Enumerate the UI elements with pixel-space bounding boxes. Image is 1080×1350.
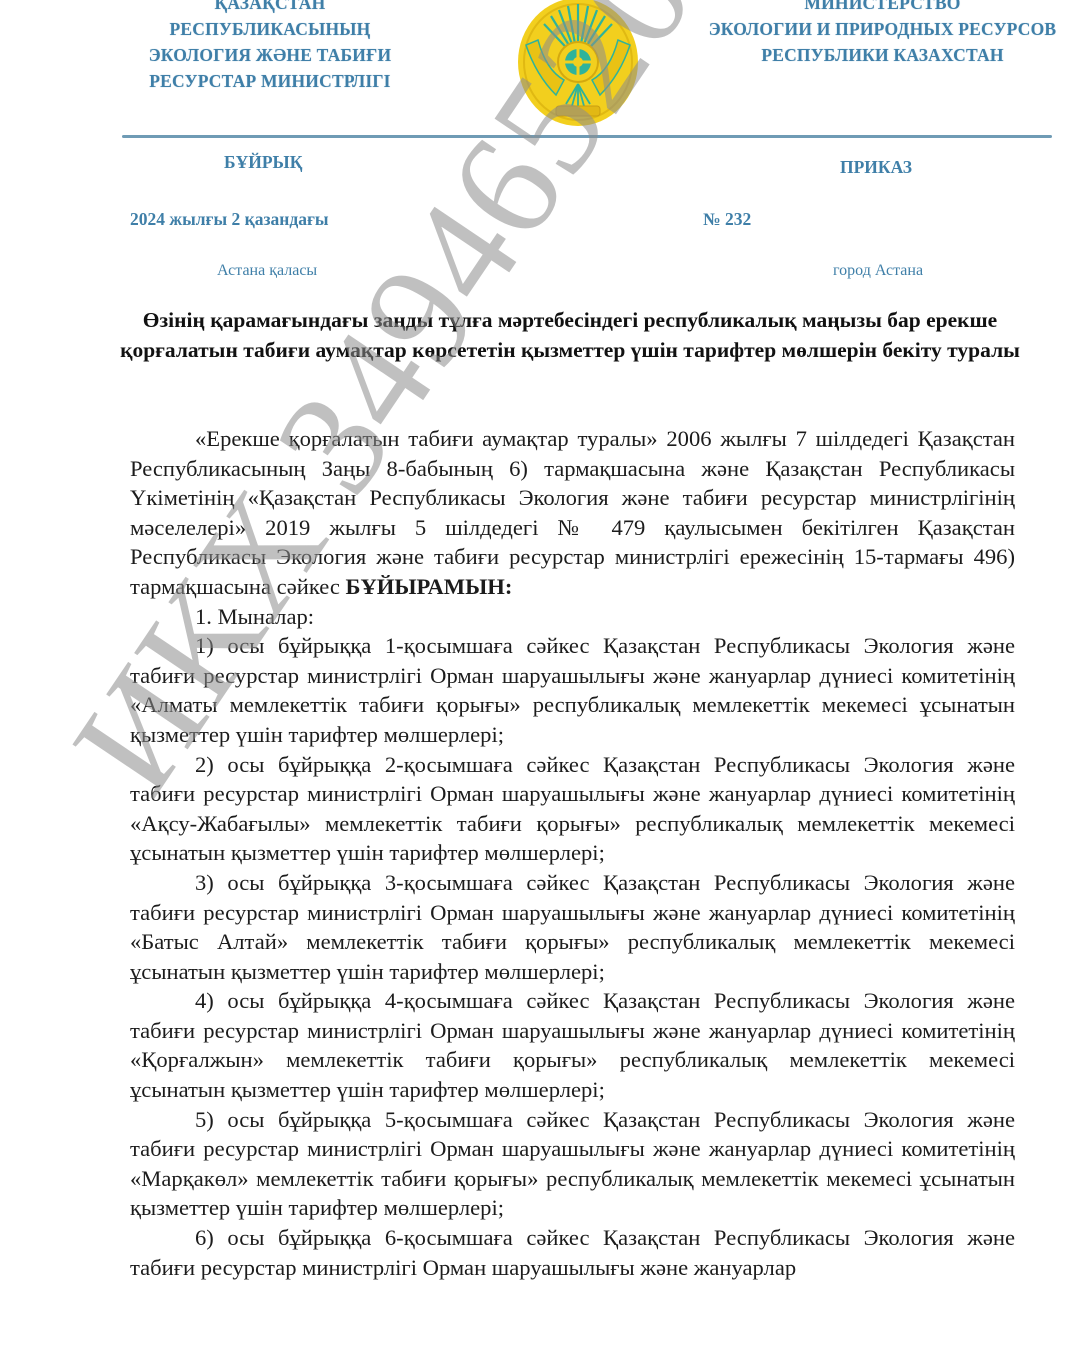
ministry-name-ru-line: МИНИСТЕРСТВО [690, 0, 1075, 16]
order-date: 2024 жылғы 2 қазандағы [130, 209, 329, 230]
preamble-text: «Ерекше қорғалатын табиғи аумақтар турал… [130, 426, 1015, 599]
ministry-name-kz-line: РЕСУРСТАР МИНИСТРЛІГІ [120, 68, 420, 94]
list-item: 5) осы бұйрыққа 5-қосымшаға сәйкес Қазақ… [130, 1105, 1015, 1223]
document-title: Өзінің қарамағындағы заңды тұлға мәртебе… [120, 305, 1020, 365]
list-item: 2) осы бұйрыққа 2-қосымшаға сәйкес Қазақ… [130, 750, 1015, 868]
ministry-name-kz-line: РЕСПУБЛИКАСЫНЫҢ [120, 16, 420, 42]
ministry-name-kz-line: ЭКОЛОГИЯ ЖӘНЕ ТАБИҒИ [120, 42, 420, 68]
document-body: «Ерекше қорғалатын табиғи аумақтар турал… [130, 424, 1015, 1282]
state-emblem-icon [516, 0, 640, 128]
ministry-name-kz: ҚАЗАҚСТАН РЕСПУБЛИКАСЫНЫҢ ЭКОЛОГИЯ ЖӘНЕ … [120, 0, 420, 94]
ministry-name-kz-line: ҚАЗАҚСТАН [120, 0, 420, 16]
order-label-kz: БҰЙРЫҚ [224, 152, 302, 173]
header-divider [122, 135, 1052, 138]
order-label-ru: ПРИКАЗ [840, 157, 912, 178]
preamble-paragraph: «Ерекше қорғалатын табиғи аумақтар турал… [130, 424, 1015, 602]
list-item: 4) осы бұйрыққа 4-қосымшаға сәйкес Қазақ… [130, 986, 1015, 1104]
ministry-name-ru-line: РЕСПУБЛИКИ КАЗАХСТАН [690, 42, 1075, 68]
point-1-heading: 1. Мыналар: [130, 602, 1015, 632]
city-kz: Астана қаласы [217, 262, 317, 280]
list-item: 1) осы бұйрыққа 1-қосымшаға сәйкес Қазақ… [130, 631, 1015, 749]
order-number: № 232 [703, 209, 751, 230]
city-ru: город Астана [833, 262, 923, 280]
ministry-name-ru-line: ЭКОЛОГИИ И ПРИРОДНЫХ РЕСУРСОВ [690, 16, 1075, 42]
order-word: БҰЙЫРАМЫН: [346, 574, 513, 599]
ministry-name-ru: МИНИСТЕРСТВО ЭКОЛОГИИ И ПРИРОДНЫХ РЕСУРС… [690, 0, 1075, 68]
list-item: 6) осы бұйрыққа 6-қосымшаға сәйкес Қазақ… [130, 1223, 1015, 1282]
list-item: 3) осы бұйрыққа 3-қосымшаға сәйкес Қазақ… [130, 868, 1015, 986]
